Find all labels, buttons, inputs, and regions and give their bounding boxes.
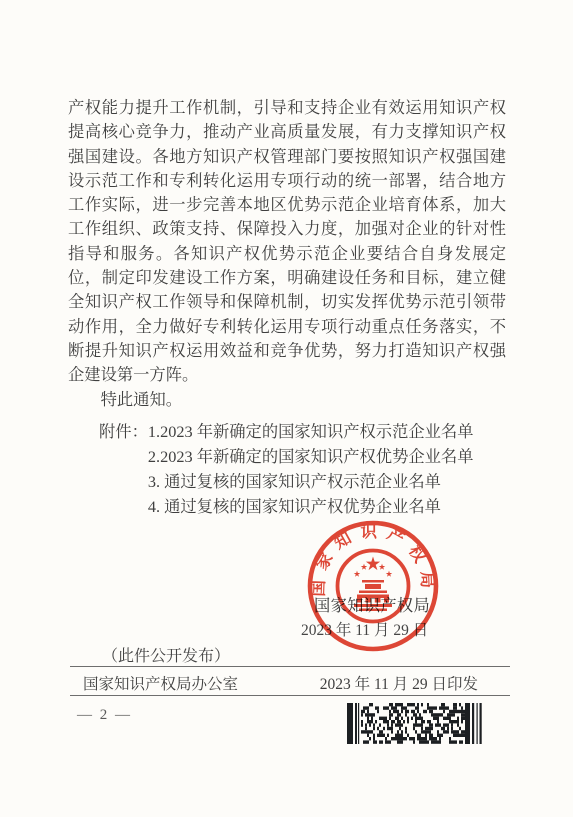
attachments-list: 1.2023 年新确定的国家知识产权示范企业名单 2.2023 年新确定的国家知…	[148, 419, 474, 519]
attachment-item: 3. 通过复核的国家知识产权示范企业名单	[148, 469, 474, 494]
attachments-label: 附件：	[99, 419, 148, 519]
attachment-item: 2.2023 年新确定的国家知识产权优势企业名单	[148, 444, 474, 469]
pdf417-barcode-icon	[347, 702, 483, 746]
svg-text:国家知识产权局: 国家知识产权局	[309, 522, 438, 597]
footer-row: 国家知识产权局办公室 2023 年 11 月 29 日印发	[70, 672, 510, 694]
footer-office: 国家知识产权局办公室	[83, 672, 238, 694]
page-number: — 2 —	[77, 707, 132, 724]
footer-divider-top	[70, 666, 510, 667]
signature-date: 2023 年 11 月 29 日	[301, 618, 428, 640]
public-release-note: （此件公开发布）	[102, 643, 230, 666]
document-body: 产权能力提升工作机制，引导和支持企业有效运用知识产权提高核心竞争力，推动产业高质…	[68, 96, 506, 412]
attachment-item: 4. 通过复核的国家知识产权优势企业名单	[148, 494, 474, 519]
attachments-block: 附件： 1.2023 年新确定的国家知识产权示范企业名单 2.2023 年新确定…	[99, 419, 474, 519]
document-page: 产权能力提升工作机制，引导和支持企业有效运用知识产权提高核心竞争力，推动产业高质…	[0, 0, 573, 817]
closing-line: 特此通知。	[68, 388, 506, 412]
attachment-item: 1.2023 年新确定的国家知识产权示范企业名单	[148, 419, 474, 444]
body-paragraph: 产权能力提升工作机制，引导和支持企业有效运用知识产权提高核心竞争力，推动产业高质…	[68, 96, 506, 388]
footer-divider-bottom	[70, 695, 510, 696]
signature-issuer: 国家知识产权局	[314, 592, 430, 616]
seal-arc-text: 国家知识产权局	[309, 522, 438, 597]
footer-print-date: 2023 年 11 月 29 日印发	[320, 672, 478, 694]
